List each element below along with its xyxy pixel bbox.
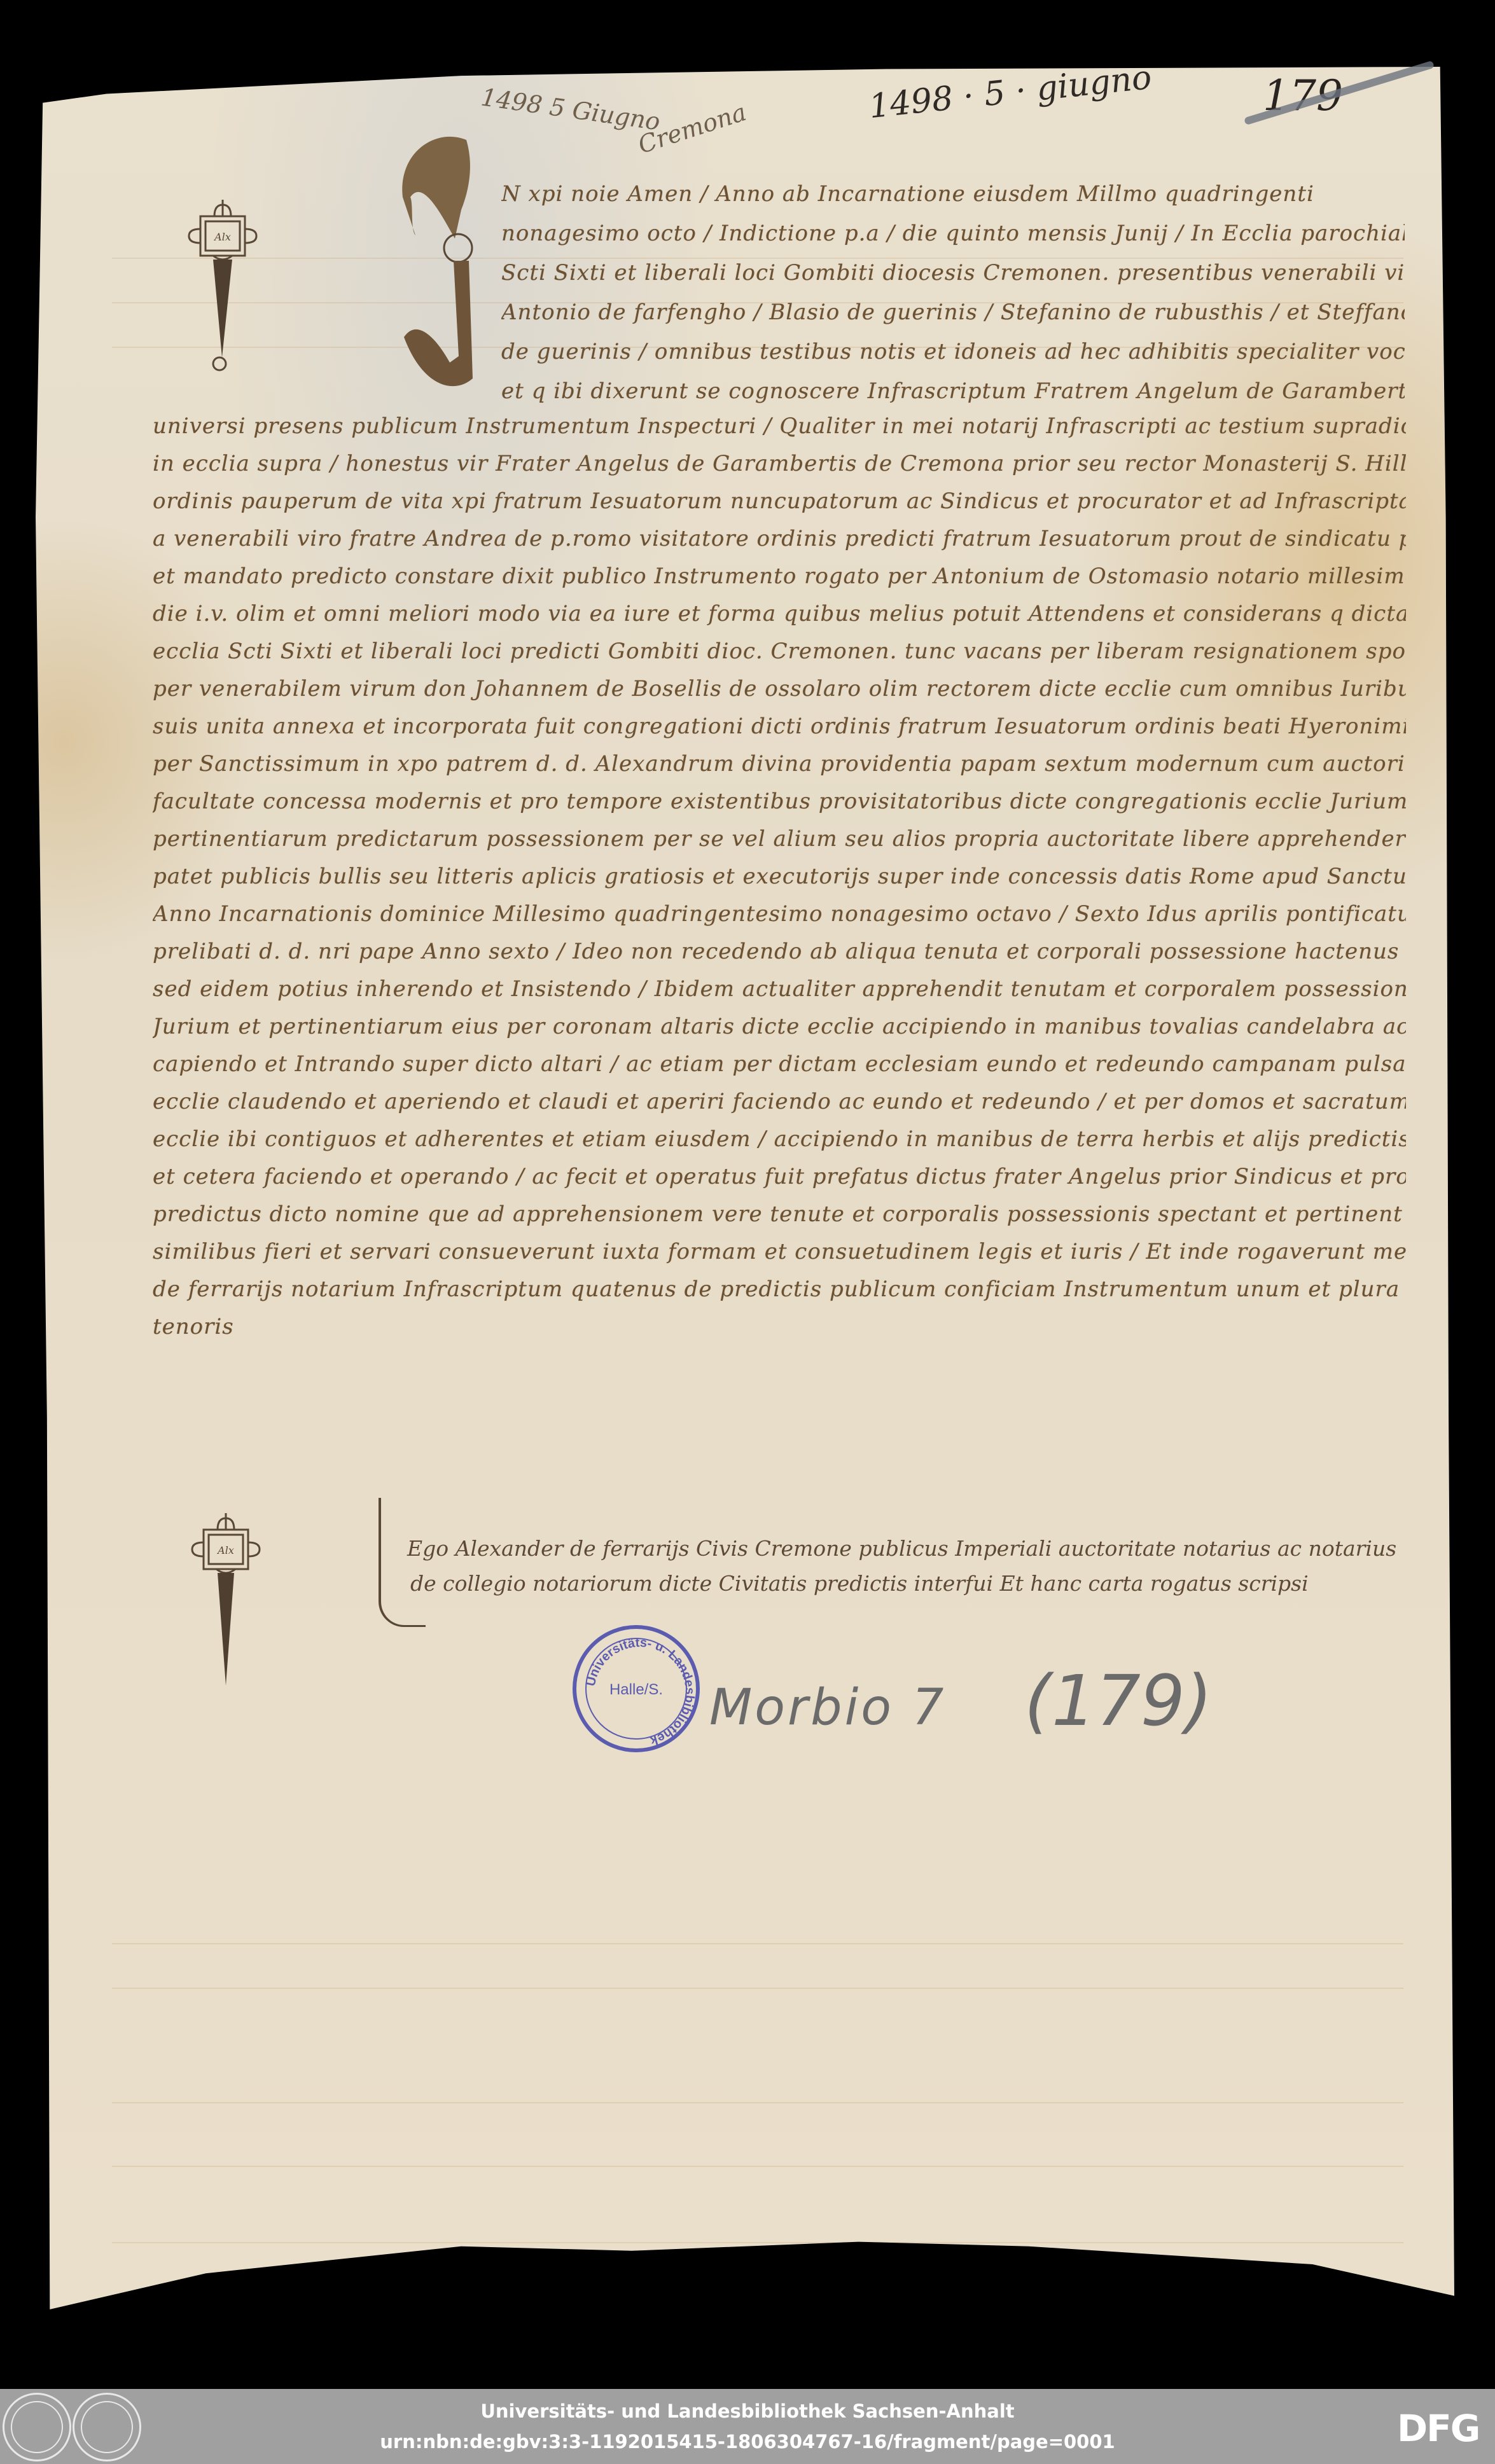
ruling-line xyxy=(112,2102,1403,2103)
svg-text:Alx: Alx xyxy=(216,1544,234,1556)
text-line: de guerinis / omnibus testibus notis et … xyxy=(501,339,1405,364)
text-line: a venerabili viro fratre Andrea de p.rom… xyxy=(153,526,1406,551)
text-line: patet publicis bullis seu litteris aplic… xyxy=(153,864,1406,889)
ruling-line xyxy=(112,2166,1403,2167)
text-line: facultate concessa modernis et pro tempo… xyxy=(153,789,1406,814)
text-line: sed eidem potius inherendo et Insistendo… xyxy=(153,976,1406,1002)
text-line: N xpi noie Amen / Anno ab Incarnatione e… xyxy=(501,181,1405,207)
text-line: tenoris xyxy=(153,1314,407,1339)
library-name: Universitäts- und Landesbibliothek Sachs… xyxy=(0,2400,1495,2422)
decorated-initial-icon xyxy=(398,127,487,394)
text-line: Scti Sixti et liberali loci Gombiti dioc… xyxy=(501,260,1405,286)
text-line: Jurium et pertinentiarum eius per corona… xyxy=(153,1014,1406,1039)
text-line: per venerabilem virum don Johannem de Bo… xyxy=(153,676,1406,702)
text-line: die i.v. olim et omni meliori modo via e… xyxy=(153,601,1406,626)
library-footer: Universitäts- und Landesbibliothek Sachs… xyxy=(0,2389,1495,2464)
text-line: similibus fieri et servari consueverunt … xyxy=(153,1239,1406,1264)
text-line: predictus dicto nomine que ad apprehensi… xyxy=(153,1201,1406,1227)
text-line: Anno Incarnationis dominice Millesimo qu… xyxy=(153,901,1406,927)
ruling-line xyxy=(112,2242,1403,2243)
text-line: per Sanctissimum in xpo patrem d. d. Ale… xyxy=(153,751,1406,777)
text-line: in ecclia supra / honestus vir Frater An… xyxy=(153,451,1406,476)
subscription-line: Ego Alexander de ferrarijs Civis Cremone… xyxy=(407,1536,1396,1561)
notarial-sign-icon: Alx xyxy=(188,191,258,375)
text-line: ecclie claudendo et aperiendo et claudi … xyxy=(153,1089,1406,1114)
text-line: et q ibi dixerunt se cognoscere Infrascr… xyxy=(501,378,1405,404)
text-line: ecclie ibi contiguos et adherentes et et… xyxy=(153,1126,1406,1152)
shelfmark: Morbio 7 xyxy=(709,1679,946,1736)
text-line: ecclia Scti Sixti et liberali loci predi… xyxy=(153,639,1406,664)
text-line: universi presens publicum Instrumentum I… xyxy=(153,413,1406,439)
text-line: suis unita annexa et incorporata fuit co… xyxy=(153,714,1406,739)
notarial-sign-icon: Alx xyxy=(191,1501,261,1692)
text-line: ordinis pauperum de vita xpi fratrum Ies… xyxy=(153,488,1406,514)
urn-link[interactable]: urn:nbn:de:gbv:3:3-1192015415-1806304767… xyxy=(0,2431,1495,2453)
text-line: Antonio de farfengho / Blasio de guerini… xyxy=(501,300,1405,325)
dfg-logo: DFG xyxy=(1397,2407,1479,2450)
text-line: prelibati d. d. nri pape Anno sexto / Id… xyxy=(153,939,1406,964)
text-line: capiendo et Intrando super dicto altari … xyxy=(153,1051,1406,1077)
library-stamp: Universitäts- u. Landesbibliothek Halle/… xyxy=(573,1625,700,1752)
text-line: pertinentiarum predictarum possessionem … xyxy=(153,826,1406,852)
stamp-city: Halle/S. xyxy=(576,1681,696,1699)
text-line: et mandato predicto constare dixit publi… xyxy=(153,564,1406,589)
subscription-bracket xyxy=(379,1498,426,1627)
shelfmark-number: (179) xyxy=(1024,1660,1213,1741)
subscription-line: de collegio notariorum dicte Civitatis p… xyxy=(410,1571,1309,1596)
ruling-line xyxy=(112,258,1403,259)
text-line: nonagesimo octo / Indictione p.a / die q… xyxy=(501,221,1405,246)
svg-text:Alx: Alx xyxy=(213,231,231,243)
text-line: de ferrarijs notarium Infrascriptum quat… xyxy=(153,1277,1406,1302)
parchment-page xyxy=(36,67,1454,2318)
ruling-line xyxy=(112,1943,1403,1944)
ruling-line xyxy=(112,1988,1403,1989)
text-line: et cetera faciendo et operando / ac feci… xyxy=(153,1164,1406,1189)
image-viewer: 1498 5 Giugno Cremona 1498 · 5 · giugno … xyxy=(0,0,1495,2389)
